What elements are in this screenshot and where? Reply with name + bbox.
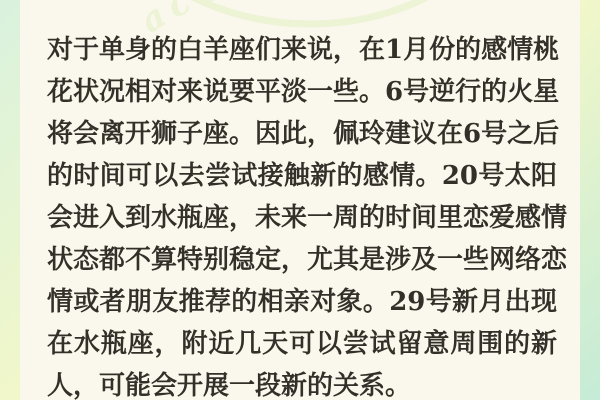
paragraph-line: 情或者朋友推荐的相亲对象。29号新月出现 (47, 281, 557, 323)
paragraph-line: 的时间可以去尝试接触新的感情。20号太阳 (47, 155, 557, 197)
stamp-ring-icon (92, 0, 528, 24)
paragraph-line: 状态都不算特别稳定，尤其是涉及一些网络恋 (47, 239, 557, 281)
paragraph-line: 将会离开狮子座。因此，佩玲建议在6号之后 (47, 113, 557, 155)
article-card: academy.or 对于单身的白羊座们来说，在1月份的感情桃 花状况相对来说要… (20, 0, 580, 400)
horoscope-paragraph: 对于单身的白羊座们来说，在1月份的感情桃 花状况相对来说要平淡一些。6号逆行的火… (47, 29, 557, 400)
paragraph-line: 花状况相对来说要平淡一些。6号逆行的火星 (47, 71, 557, 113)
paragraph-line: 在水瓶座，附近几天可以尝试留意周围的新 (47, 323, 557, 365)
paragraph-line: 对于单身的白羊座们来说，在1月份的感情桃 (47, 29, 557, 71)
paragraph-line: 人，可能会开展一段新的关系。 (47, 365, 557, 400)
paragraph-line: 会进入到水瓶座，未来一周的时间里恋爱感情 (47, 197, 557, 239)
